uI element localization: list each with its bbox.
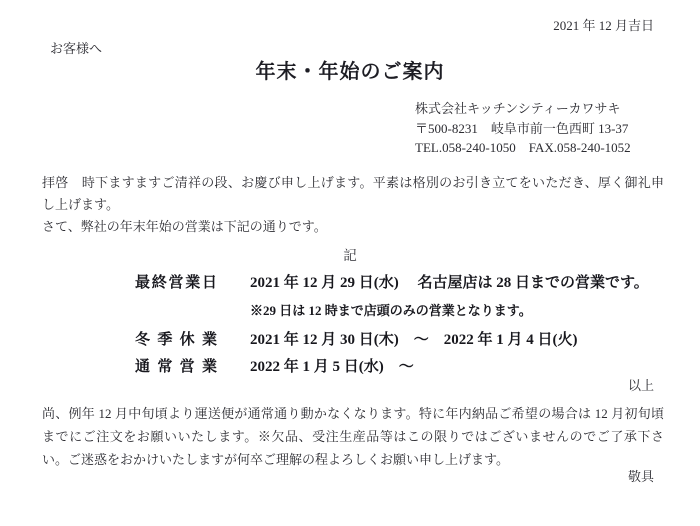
greeting-paragraph: 拝啓 時下ますますご清祥の段、お慶び申し上げます。平素は格別のお引き立てをいただ… <box>42 172 664 216</box>
closing-marker: 以上 <box>628 375 654 394</box>
schedule-row-winter-holiday: 冬季休業2021 年 12 月 30 日(木) ～ 2022 年 1 月 4 日… <box>135 328 577 349</box>
document-page: 2021 年 12 月吉日 お客様へ 年末・年始のご案内 株式会社キッチンシティ… <box>0 0 700 526</box>
schedule-label: 通常営業 <box>135 355 217 376</box>
company-block: 株式会社キッチンシティーカワサキ 〒500-8231 岐阜市前一色西町 13-3… <box>415 99 631 158</box>
company-address: 〒500-8231 岐阜市前一色西町 13-37 <box>415 119 631 139</box>
company-contact: TEL.058-240-1050 FAX.058-240-1052 <box>415 138 631 158</box>
schedule-label: 最終営業日 <box>135 271 217 292</box>
greeting-block: 拝啓 時下ますますご清祥の段、お慶び申し上げます。平素は格別のお引き立てをいただ… <box>42 172 664 238</box>
page-title: 年末・年始のご案内 <box>0 55 700 84</box>
schedule-value: 2022 年 1 月 5 日(水) ～ <box>250 359 414 375</box>
company-name: 株式会社キッチンシティーカワサキ <box>415 99 631 119</box>
schedule-note: ※29 日は 12 時まで店頭のみの営業となります。 <box>250 300 532 319</box>
schedule-row-last-business-day: 最終営業日2021 年 12 月 29 日(水) 名古屋店は 28 日までの営業… <box>135 271 649 292</box>
schedule-value: 2021 年 12 月 29 日(水) 名古屋店は 28 日までの営業です。 <box>250 275 649 291</box>
record-marker: 記 <box>0 244 700 264</box>
signoff: 敬具 <box>628 466 654 485</box>
notice-paragraph: 尚、例年 12 月中旬頃より運送便が通常通り動かなくなります。特に年内納品ご希望… <box>42 403 664 471</box>
schedule-value: 2021 年 12 月 30 日(木) ～ 2022 年 1 月 4 日(火) <box>250 332 577 348</box>
schedule-label: 冬季休業 <box>135 328 217 349</box>
schedule-row-normal-business: 通常営業2022 年 1 月 5 日(水) ～ <box>135 355 414 376</box>
intro-line: さて、弊社の年末年始の営業は下記の通りです。 <box>42 216 664 238</box>
date-line: 2021 年 12 月吉日 <box>553 15 654 34</box>
